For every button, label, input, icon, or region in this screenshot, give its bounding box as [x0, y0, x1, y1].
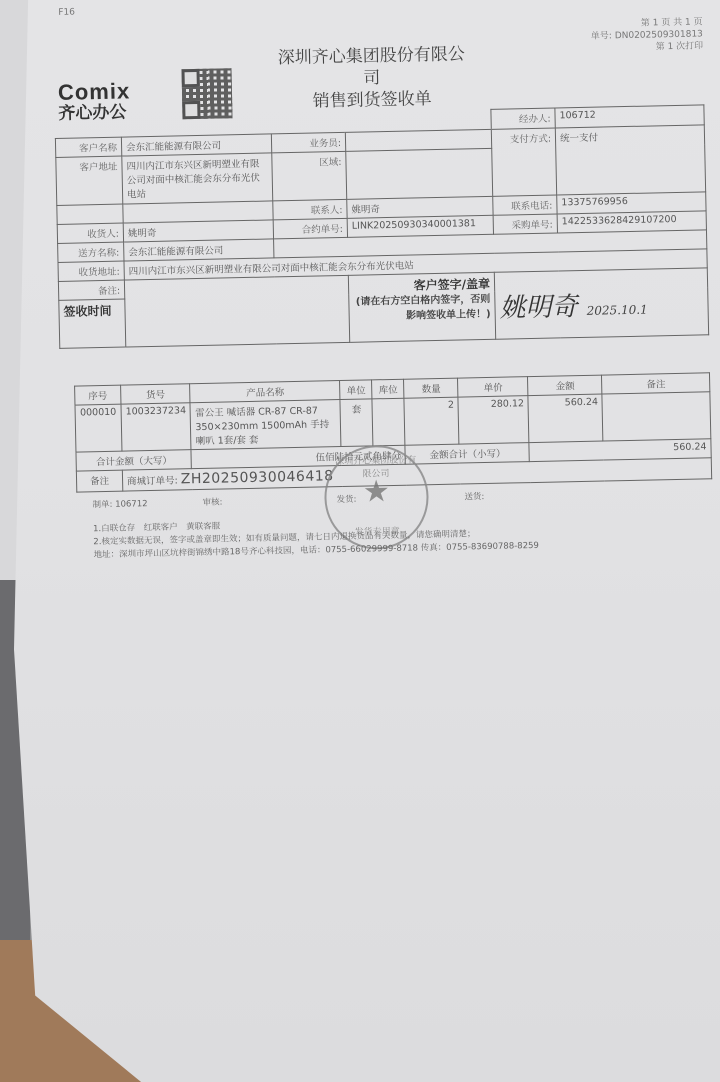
shipper-label: 发货:: [336, 494, 356, 507]
row-location: [372, 398, 405, 446]
delivery-address-label: 收货地址:: [58, 261, 124, 281]
row-qty: 2: [404, 397, 459, 445]
payment-label: 支付方式:: [491, 128, 556, 196]
deliverer-label: 送货:: [464, 491, 484, 504]
col-seq: 序号: [75, 385, 121, 405]
paper-sheet: F16 Comix 齐心办公 深圳齐心集团股份有限公司 销售到货签收单 第 1 …: [14, 0, 720, 1082]
region-label: 区域:: [272, 151, 347, 201]
corner-mark: F16: [58, 8, 75, 18]
order-remark-label: 备注: [76, 470, 122, 492]
col-qty: 数量: [404, 378, 458, 398]
row-price: 280.12: [458, 396, 529, 444]
sign-instructions: 客户签字/盖章 (请在右方空白格内签字，否则影响签收单上传！): [348, 272, 495, 342]
col-price: 单价: [458, 377, 528, 397]
phone-label: 联系电话:: [493, 195, 557, 215]
doc-no-label: 单号:: [591, 31, 612, 41]
contact-label: 联系人:: [273, 199, 347, 220]
payment-value: 统一支付: [555, 125, 705, 195]
receiver-label: 收货人:: [57, 223, 123, 243]
total-lower-label: 金额合计（小写）: [405, 443, 529, 465]
receive-time-label: 签收时间: [59, 299, 126, 348]
total-upper-label: 合计金额（大写）: [76, 450, 192, 471]
row-product-name: 雷公王 喊话器 CR-87 CR-87 350×230mm 1500mAh 手持…: [190, 400, 341, 450]
signature-box[interactable]: 姚明奇 2025.10.1: [494, 268, 708, 339]
purchase-label: 采购单号:: [493, 214, 557, 234]
footer: 制单: 106712 审核: 发货: 送货: 1.白联仓存 红联客户 黄联客服 …: [92, 486, 720, 562]
mall-order-label: 商城订单号:: [127, 475, 178, 487]
handler-label: 经办人:: [491, 108, 555, 129]
stamp-text-top: 深圳齐心集团股份有限公司: [334, 452, 419, 480]
row-seq: 000010: [75, 404, 122, 452]
doc-no: DN0202509301813: [615, 29, 703, 41]
company-name: 深圳齐心集团股份有限公司: [271, 43, 472, 91]
ship-to-name-label: 送方名称:: [58, 242, 124, 262]
sign-note: (请在右方空白格内签字，否则影响签收单上传！): [353, 292, 491, 325]
col-unit: 单位: [340, 380, 372, 400]
customer-info-table: 经办人: 106712 客户名称 会东汇能能源有限公司 业务员: 支付方式: 统…: [54, 104, 709, 349]
reviewer-label: 审核:: [202, 497, 222, 510]
row-sku: 1003237234: [121, 403, 191, 451]
remark-label: 备注:: [58, 280, 124, 300]
customer-name-label: 客户名称: [55, 137, 121, 157]
region-value: [346, 148, 493, 199]
contract-label: 合约单号:: [273, 218, 347, 239]
document-title: 深圳齐心集团股份有限公司 销售到货签收单: [271, 43, 472, 113]
maker-label: 制单:: [92, 499, 112, 512]
col-note: 备注: [602, 373, 710, 394]
mall-order-value: ZH20250930046418: [181, 468, 334, 487]
maker-value: 106712: [115, 498, 148, 512]
row-amount: 560.24: [528, 394, 603, 443]
print-count: 第 1 次打印: [553, 40, 703, 55]
logo-brand: Comix: [58, 80, 131, 104]
col-location: 库位: [372, 379, 404, 399]
customer-address-value: 四川内江市东兴区新明塑业有限公司对面中核汇能会东分布光伏电站: [122, 153, 273, 204]
remark-value: [124, 275, 349, 347]
delivery-receipt: F16 Comix 齐心办公 深圳齐心集团股份有限公司 销售到货签收单 第 1 …: [52, 0, 720, 600]
col-amount: 金额: [528, 375, 602, 396]
customer-address-label: 客户地址: [56, 156, 123, 205]
row-unit: 套: [340, 399, 373, 447]
salesperson-label: 业务员:: [271, 132, 345, 153]
row-note: [602, 392, 711, 441]
col-sku: 货号: [121, 384, 191, 404]
qr-code-icon: [181, 68, 232, 119]
signature-date: 2025.10.1: [587, 302, 648, 317]
customer-signature: 姚明奇: [499, 292, 578, 324]
document-meta: 第 1 页 共 1 页 单号: DN0202509301813 第 1 次打印: [553, 16, 704, 55]
